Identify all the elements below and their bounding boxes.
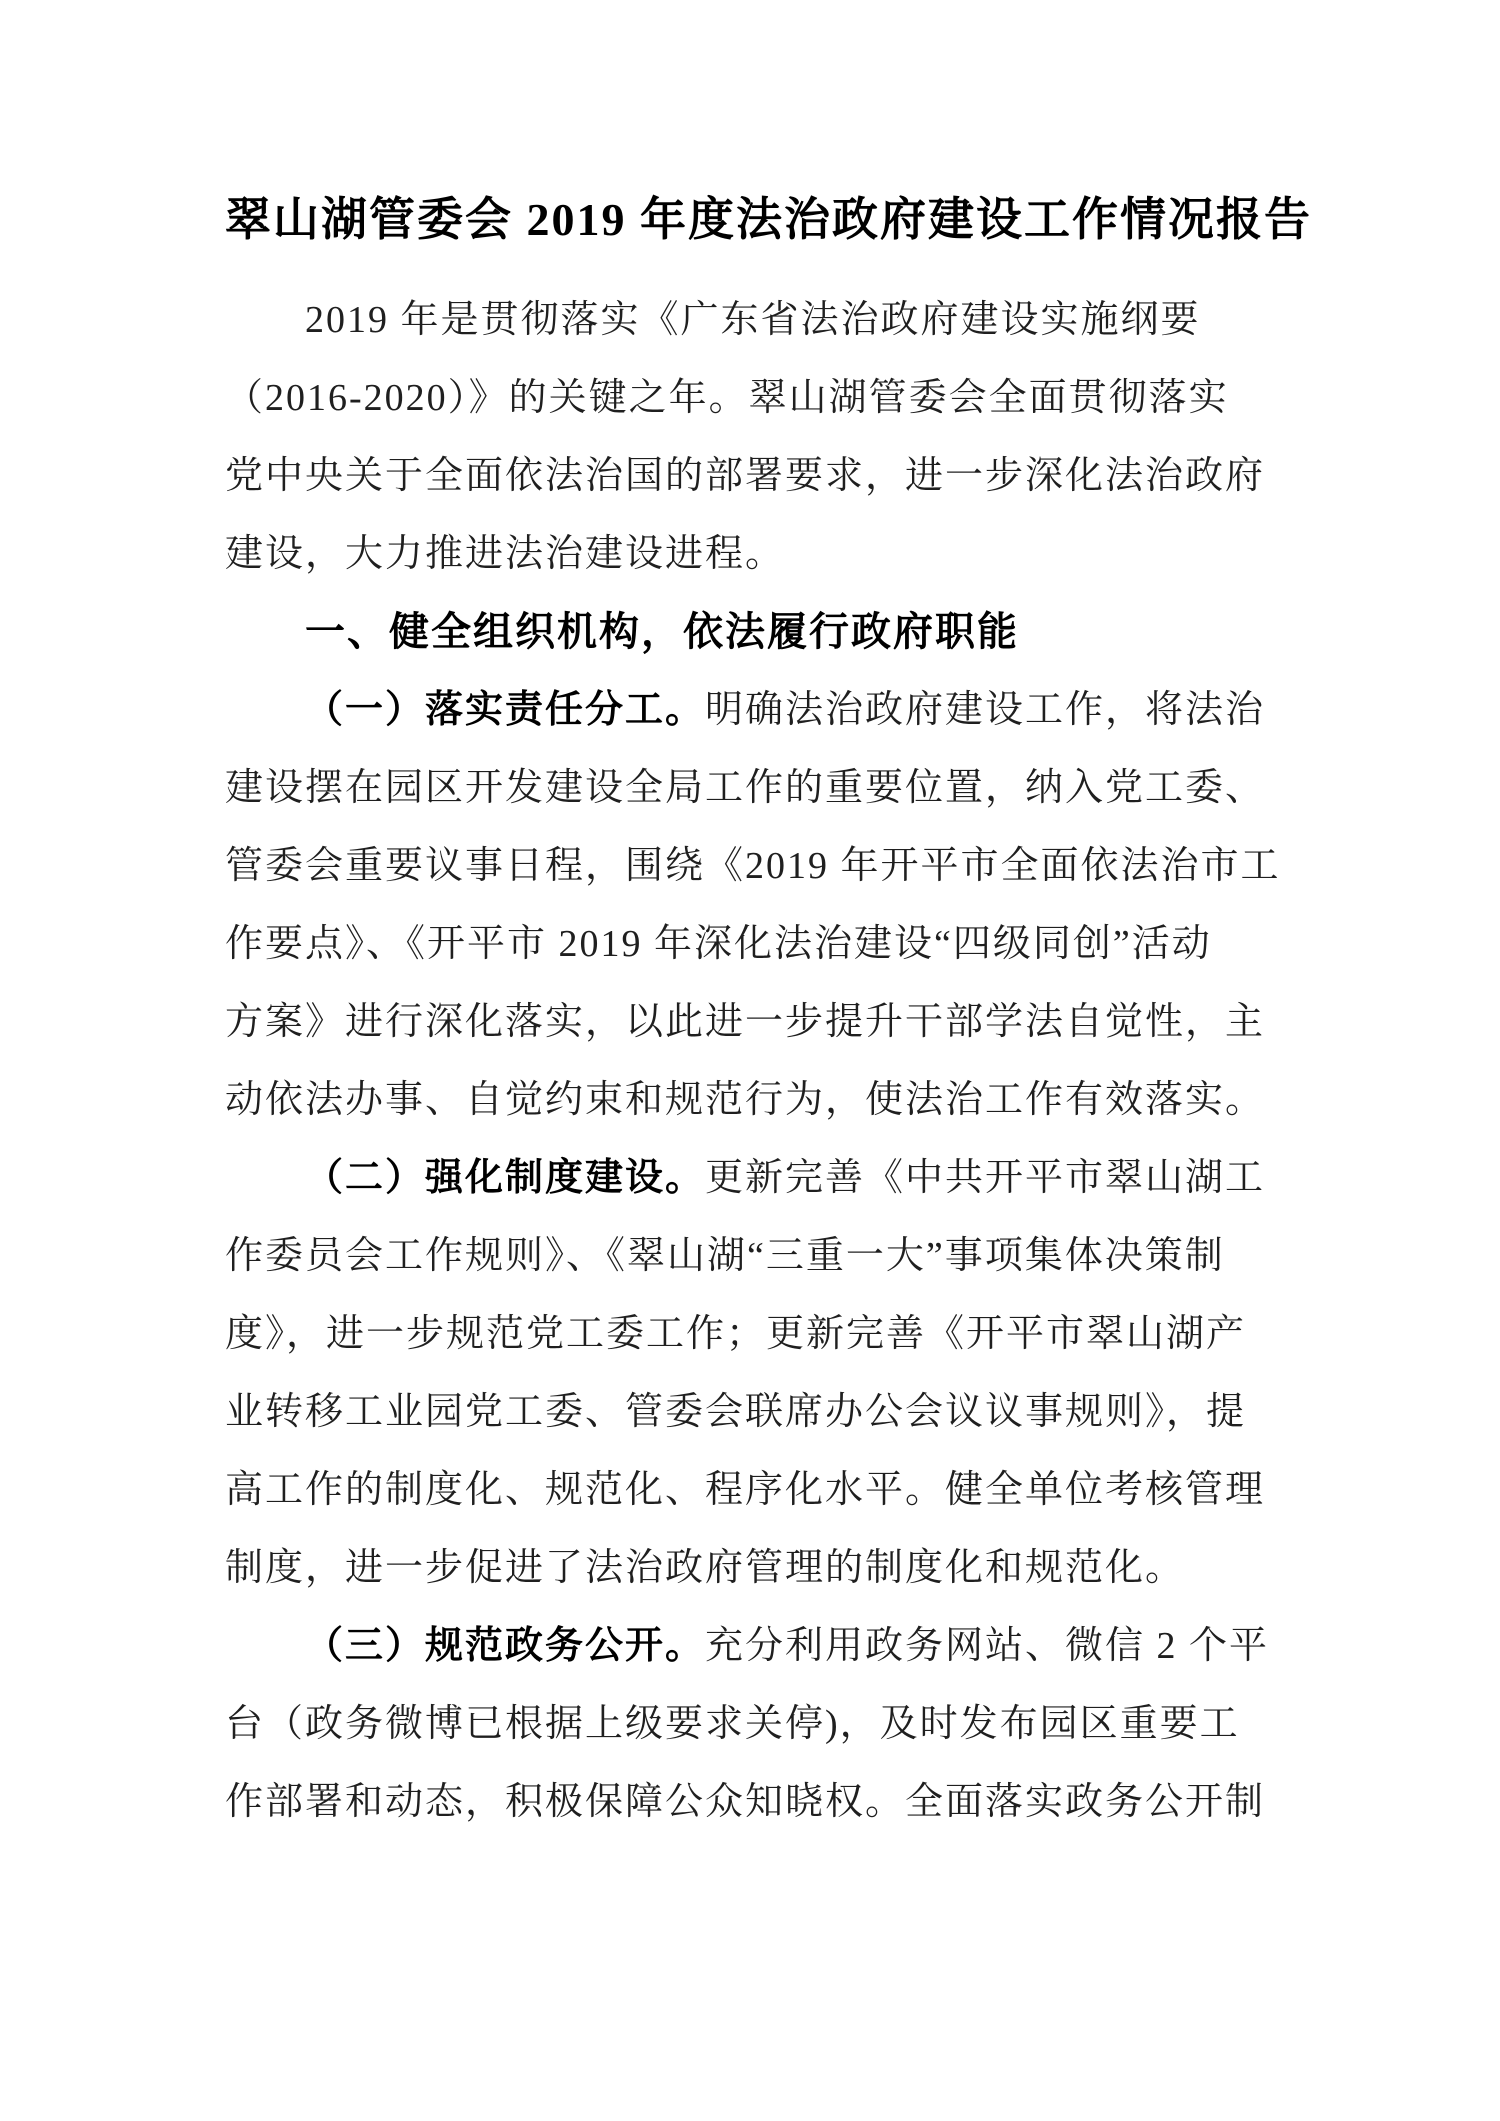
- text-line: 作要点》、《开平市 2019 年深化法治建设“四级同创”活动: [225, 905, 1275, 983]
- text-line: 建设摆在园区开发建设全局工作的重要位置，纳入党工委、: [225, 749, 1275, 827]
- document-page: 翠山湖管委会 2019 年度法治政府建设工作情况报告 2019 年是贯彻落实《广…: [0, 0, 1500, 2121]
- text-line: 建设，大力推进法治建设进程。: [225, 515, 1275, 593]
- paragraph-lead: （三）规范政务公开。: [305, 1625, 705, 1667]
- paragraph-lead: （二）强化制度建设。: [305, 1157, 705, 1199]
- text-line: 作部署和动态，积极保障公众知晓权。全面落实政务公开制: [225, 1763, 1275, 1841]
- paragraph-text: 充分利用政务网站、微信 2 个平: [705, 1625, 1269, 1667]
- text-line: 党中央关于全面依法治国的部署要求，进一步深化法治政府: [225, 437, 1275, 515]
- paragraph-text: 明确法治政府建设工作，将法治: [705, 689, 1265, 731]
- text-line: 台（政务微博已根据上级要求关停)，及时发布园区重要工: [225, 1685, 1275, 1763]
- paragraph-lead: （一）落实责任分工。: [305, 689, 705, 731]
- text-line: （2016-2020）》的关键之年。翠山湖管委会全面贯彻落实: [225, 359, 1275, 437]
- text-line: （一）落实责任分工。明确法治政府建设工作，将法治: [225, 671, 1275, 749]
- text-line: 管委会重要议事日程，围绕《2019 年开平市全面依法治市工: [225, 827, 1275, 905]
- text-line: （二）强化制度建设。更新完善《中共开平市翠山湖工: [225, 1139, 1275, 1217]
- section-heading: 一、健全组织机构，依法履行政府职能: [225, 593, 1275, 671]
- document-title: 翠山湖管委会 2019 年度法治政府建设工作情况报告: [225, 181, 1275, 259]
- text-line: 业转移工业园党工委、管委会联席办公会议议事规则》，提: [225, 1373, 1275, 1451]
- text-line: 制度，进一步促进了法治政府管理的制度化和规范化。: [225, 1529, 1275, 1607]
- text-line: 方案》进行深化落实，以此进一步提升干部学法自觉性，主: [225, 983, 1275, 1061]
- text-line: （三）规范政务公开。充分利用政务网站、微信 2 个平: [225, 1607, 1275, 1685]
- text-line: 高工作的制度化、规范化、程序化水平。健全单位考核管理: [225, 1451, 1275, 1529]
- text-line: 动依法办事、自觉约束和规范行为，使法治工作有效落实。: [225, 1061, 1275, 1139]
- text-line: 度》，进一步规范党工委工作；更新完善《开平市翠山湖产: [225, 1295, 1275, 1373]
- text-line: 作委员会工作规则》、《翠山湖“三重一大”事项集体决策制: [225, 1217, 1275, 1295]
- paragraph-text: 更新完善《中共开平市翠山湖工: [705, 1157, 1265, 1199]
- text-line: 2019 年是贯彻落实《广东省法治政府建设实施纲要: [225, 281, 1275, 359]
